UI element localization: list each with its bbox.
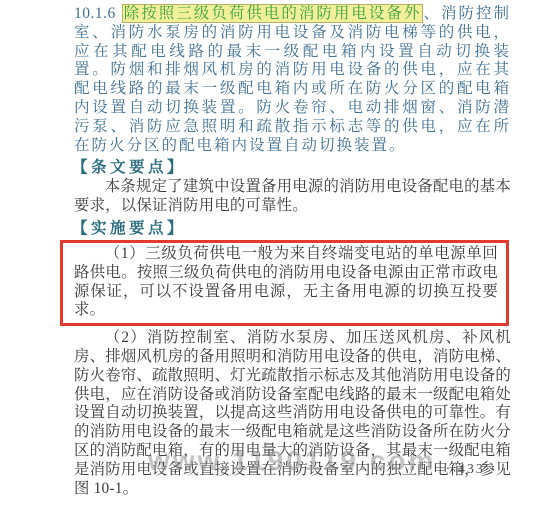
clause-paragraph: 10.1.6除按照三级负荷供电的消防用电设备外、消防控制室、消防水泵房的消防用电… xyxy=(74,5,511,155)
clause-number: 10.1.6 xyxy=(74,5,116,22)
clause-text: 、消防控制室、消防水泵房的消防用电设备及消防电梯等的供电，应在其配电线路的最末一… xyxy=(74,5,511,154)
document-page: 10.1.6除按照三级负荷供电的消防用电设备外、消防控制室、消防水泵房的消防用电… xyxy=(0,0,533,526)
highlighted-text: 除按照三级负荷供电的消防用电设备外 xyxy=(122,4,424,23)
section-heading-article-points: 【条文要点】 xyxy=(72,158,511,177)
article-points-body: 本条规定了建筑中设置备用电源的消防用电设备配电的基本要求，以保证消防用电的可靠性… xyxy=(74,178,511,216)
page-number: · 433 · xyxy=(446,462,497,478)
implementation-point-1: （1）三级负荷供电一般为来自终端变电站的单电源单回路供电。按照三级负荷供电的消防… xyxy=(74,245,498,320)
section-heading-implementation-points: 【实施要点】 xyxy=(72,219,511,238)
page-content: 10.1.6除按照三级负荷供电的消防用电设备外、消防控制室、消防水泵房的消防用电… xyxy=(74,5,511,498)
annotation-red-box: （1）三级负荷供电一般为来自终端变电站的单电源单回路供电。按照三级负荷供电的消防… xyxy=(60,240,509,326)
